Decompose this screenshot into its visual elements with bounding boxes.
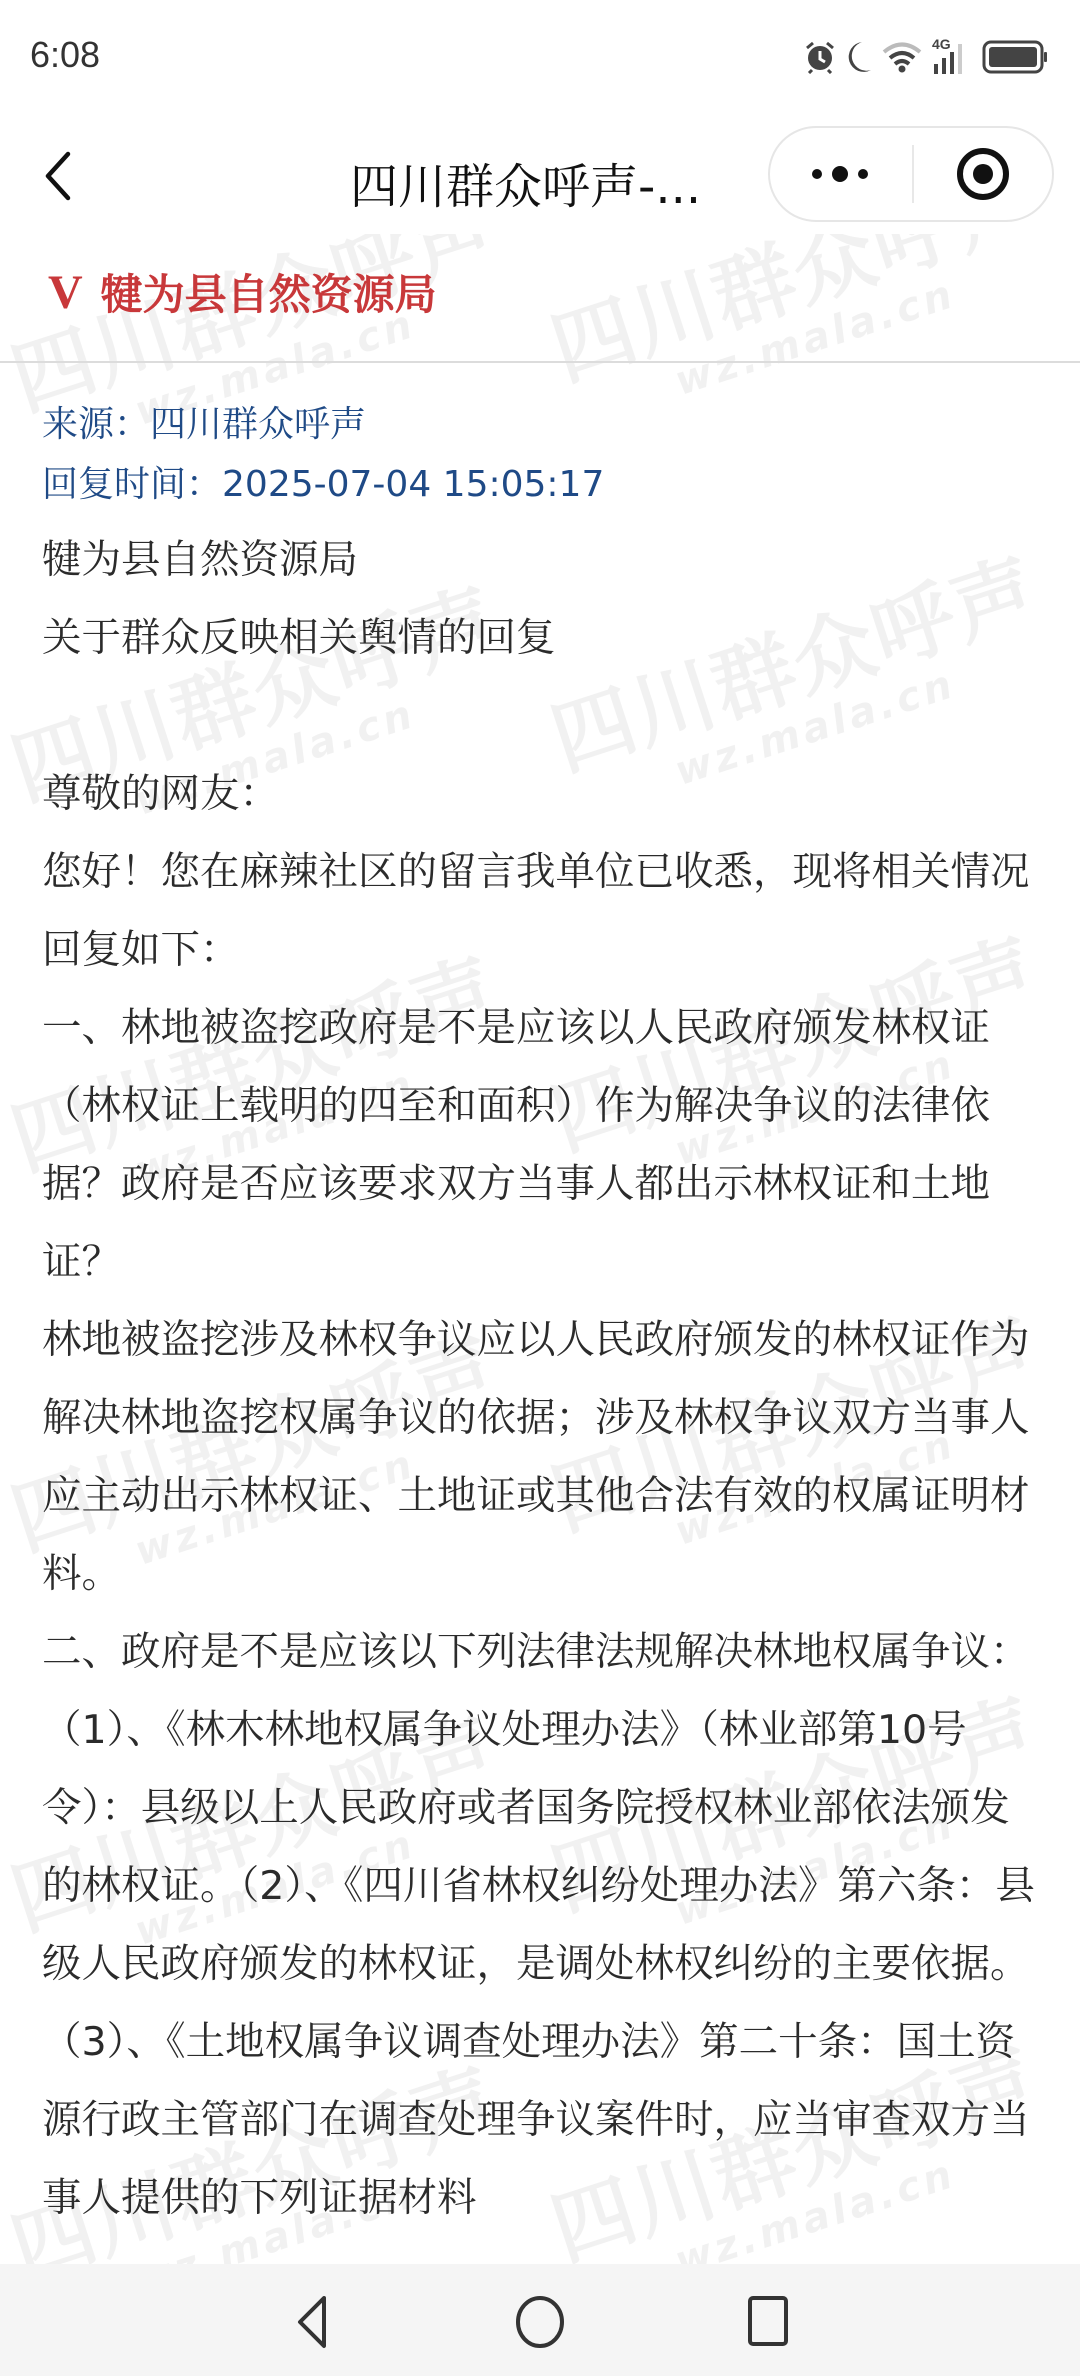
chevron-left-icon	[38, 146, 82, 206]
paragraph: 犍为县自然资源局	[42, 521, 1042, 599]
battery-icon	[982, 40, 1050, 74]
reply-time-line: 回复时间：2025-07-04 15:05:17	[42, 455, 1042, 515]
verified-badge: V	[48, 265, 83, 320]
article-content: 来源：四川群众呼声 回复时间：2025-07-04 15:05:17 犍为县自然…	[42, 395, 1042, 2237]
page-title: 四川群众呼声-...	[350, 148, 701, 217]
moon-icon	[846, 40, 872, 74]
capsule-menu	[768, 126, 1054, 222]
wifi-icon	[882, 41, 922, 73]
target-close-icon	[955, 146, 1011, 202]
source-label: 来源：	[42, 404, 150, 445]
reply-time-label: 回复时间：	[42, 464, 222, 505]
header-divider	[0, 361, 1080, 363]
more-dots-icon	[809, 164, 873, 184]
more-button[interactable]	[770, 128, 912, 220]
article-body: 犍为县自然资源局 关于群众反映相关舆情的回复 尊敬的网友： 您好！您在麻辣社区的…	[42, 521, 1042, 2237]
paragraph: 关于群众反映相关舆情的回复	[42, 599, 1042, 677]
system-home-button[interactable]	[508, 2292, 572, 2352]
department-header: V 犍为县自然资源局	[48, 262, 437, 322]
back-button[interactable]	[38, 146, 82, 206]
source-value: 四川群众呼声	[150, 404, 366, 445]
status-bar: 6:08 4G	[0, 0, 1080, 118]
system-navigation-bar	[0, 2264, 1080, 2376]
department-name: 犍为县自然资源局	[101, 262, 437, 322]
system-back-button[interactable]	[280, 2292, 344, 2352]
close-mini-program-button[interactable]	[914, 128, 1052, 220]
paragraph: 二、政府是不是应该以下列法律法规解决林地权属争议：（1）、《林木林地权属争议处理…	[42, 1613, 1042, 2237]
paragraph: 您好！您在麻辣社区的留言我单位已收悉，现将相关情况回复如下：	[42, 833, 1042, 989]
square-recents-icon	[736, 2292, 800, 2352]
source-line: 来源：四川群众呼声	[42, 395, 1042, 455]
paragraph-spacer	[42, 677, 1042, 755]
status-icons: 4G	[804, 40, 1050, 74]
circle-home-icon	[508, 2292, 572, 2352]
paragraph: 尊敬的网友：	[42, 755, 1042, 833]
triangle-back-icon	[280, 2292, 344, 2352]
status-time: 6:08	[30, 34, 100, 76]
alarm-icon	[804, 40, 836, 74]
signal-4g-icon: 4G	[932, 40, 972, 74]
reply-time-value: 2025-07-04 15:05:17	[222, 464, 604, 505]
system-recents-button[interactable]	[736, 2292, 800, 2352]
paragraph: 一、林地被盗挖政府是不是应该以人民政府颁发林权证（林权证上载明的四至和面积）作为…	[42, 989, 1042, 1301]
paragraph: 林地被盗挖涉及林权争议应以人民政府颁发的林权证作为解决林地盗挖权属争议的依据；涉…	[42, 1301, 1042, 1613]
mini-program-nav-bar: 四川群众呼声-...	[0, 118, 1080, 234]
